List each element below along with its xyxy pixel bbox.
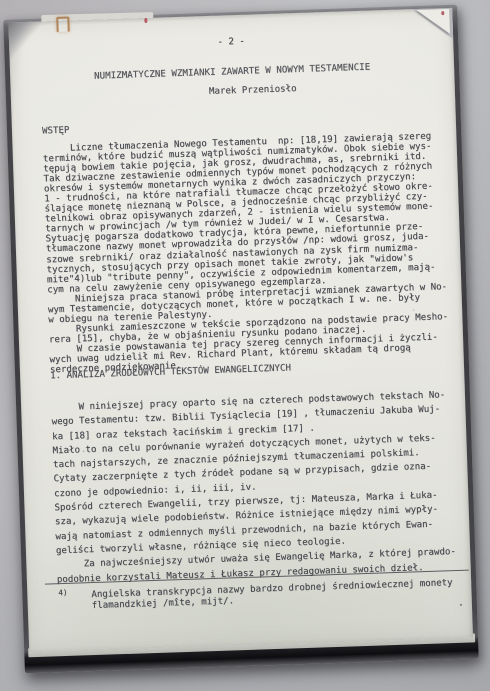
- staple-rust-mark: [56, 17, 69, 32]
- paper-stack: - 2 - NUMIZMATYCZNE WZMIANKI ZAWARTE W N…: [3, 5, 478, 674]
- footnote-marker: 4): [58, 588, 67, 598]
- page-number: - 2 -: [9, 30, 453, 55]
- red-ink-speck: [144, 18, 147, 23]
- document-author: Marek Przeniosło: [11, 79, 455, 104]
- red-ink-speck: [441, 11, 444, 15]
- dust-speck: [460, 604, 462, 606]
- intro-paragraphs: Liczne tłumaczenia Nowego Testamentu np:…: [42, 131, 449, 375]
- paper-sheet: - 2 - NUMIZMATYCZNE WZMIANKI ZAWARTE W N…: [8, 8, 473, 652]
- section-1-paragraphs: W niniejszej pracy oparto się na czterec…: [51, 388, 457, 587]
- scan-background: - 2 - NUMIZMATYCZNE WZMIANKI ZAWARTE W N…: [0, 0, 490, 691]
- intro-heading: WSTĘP: [42, 126, 70, 137]
